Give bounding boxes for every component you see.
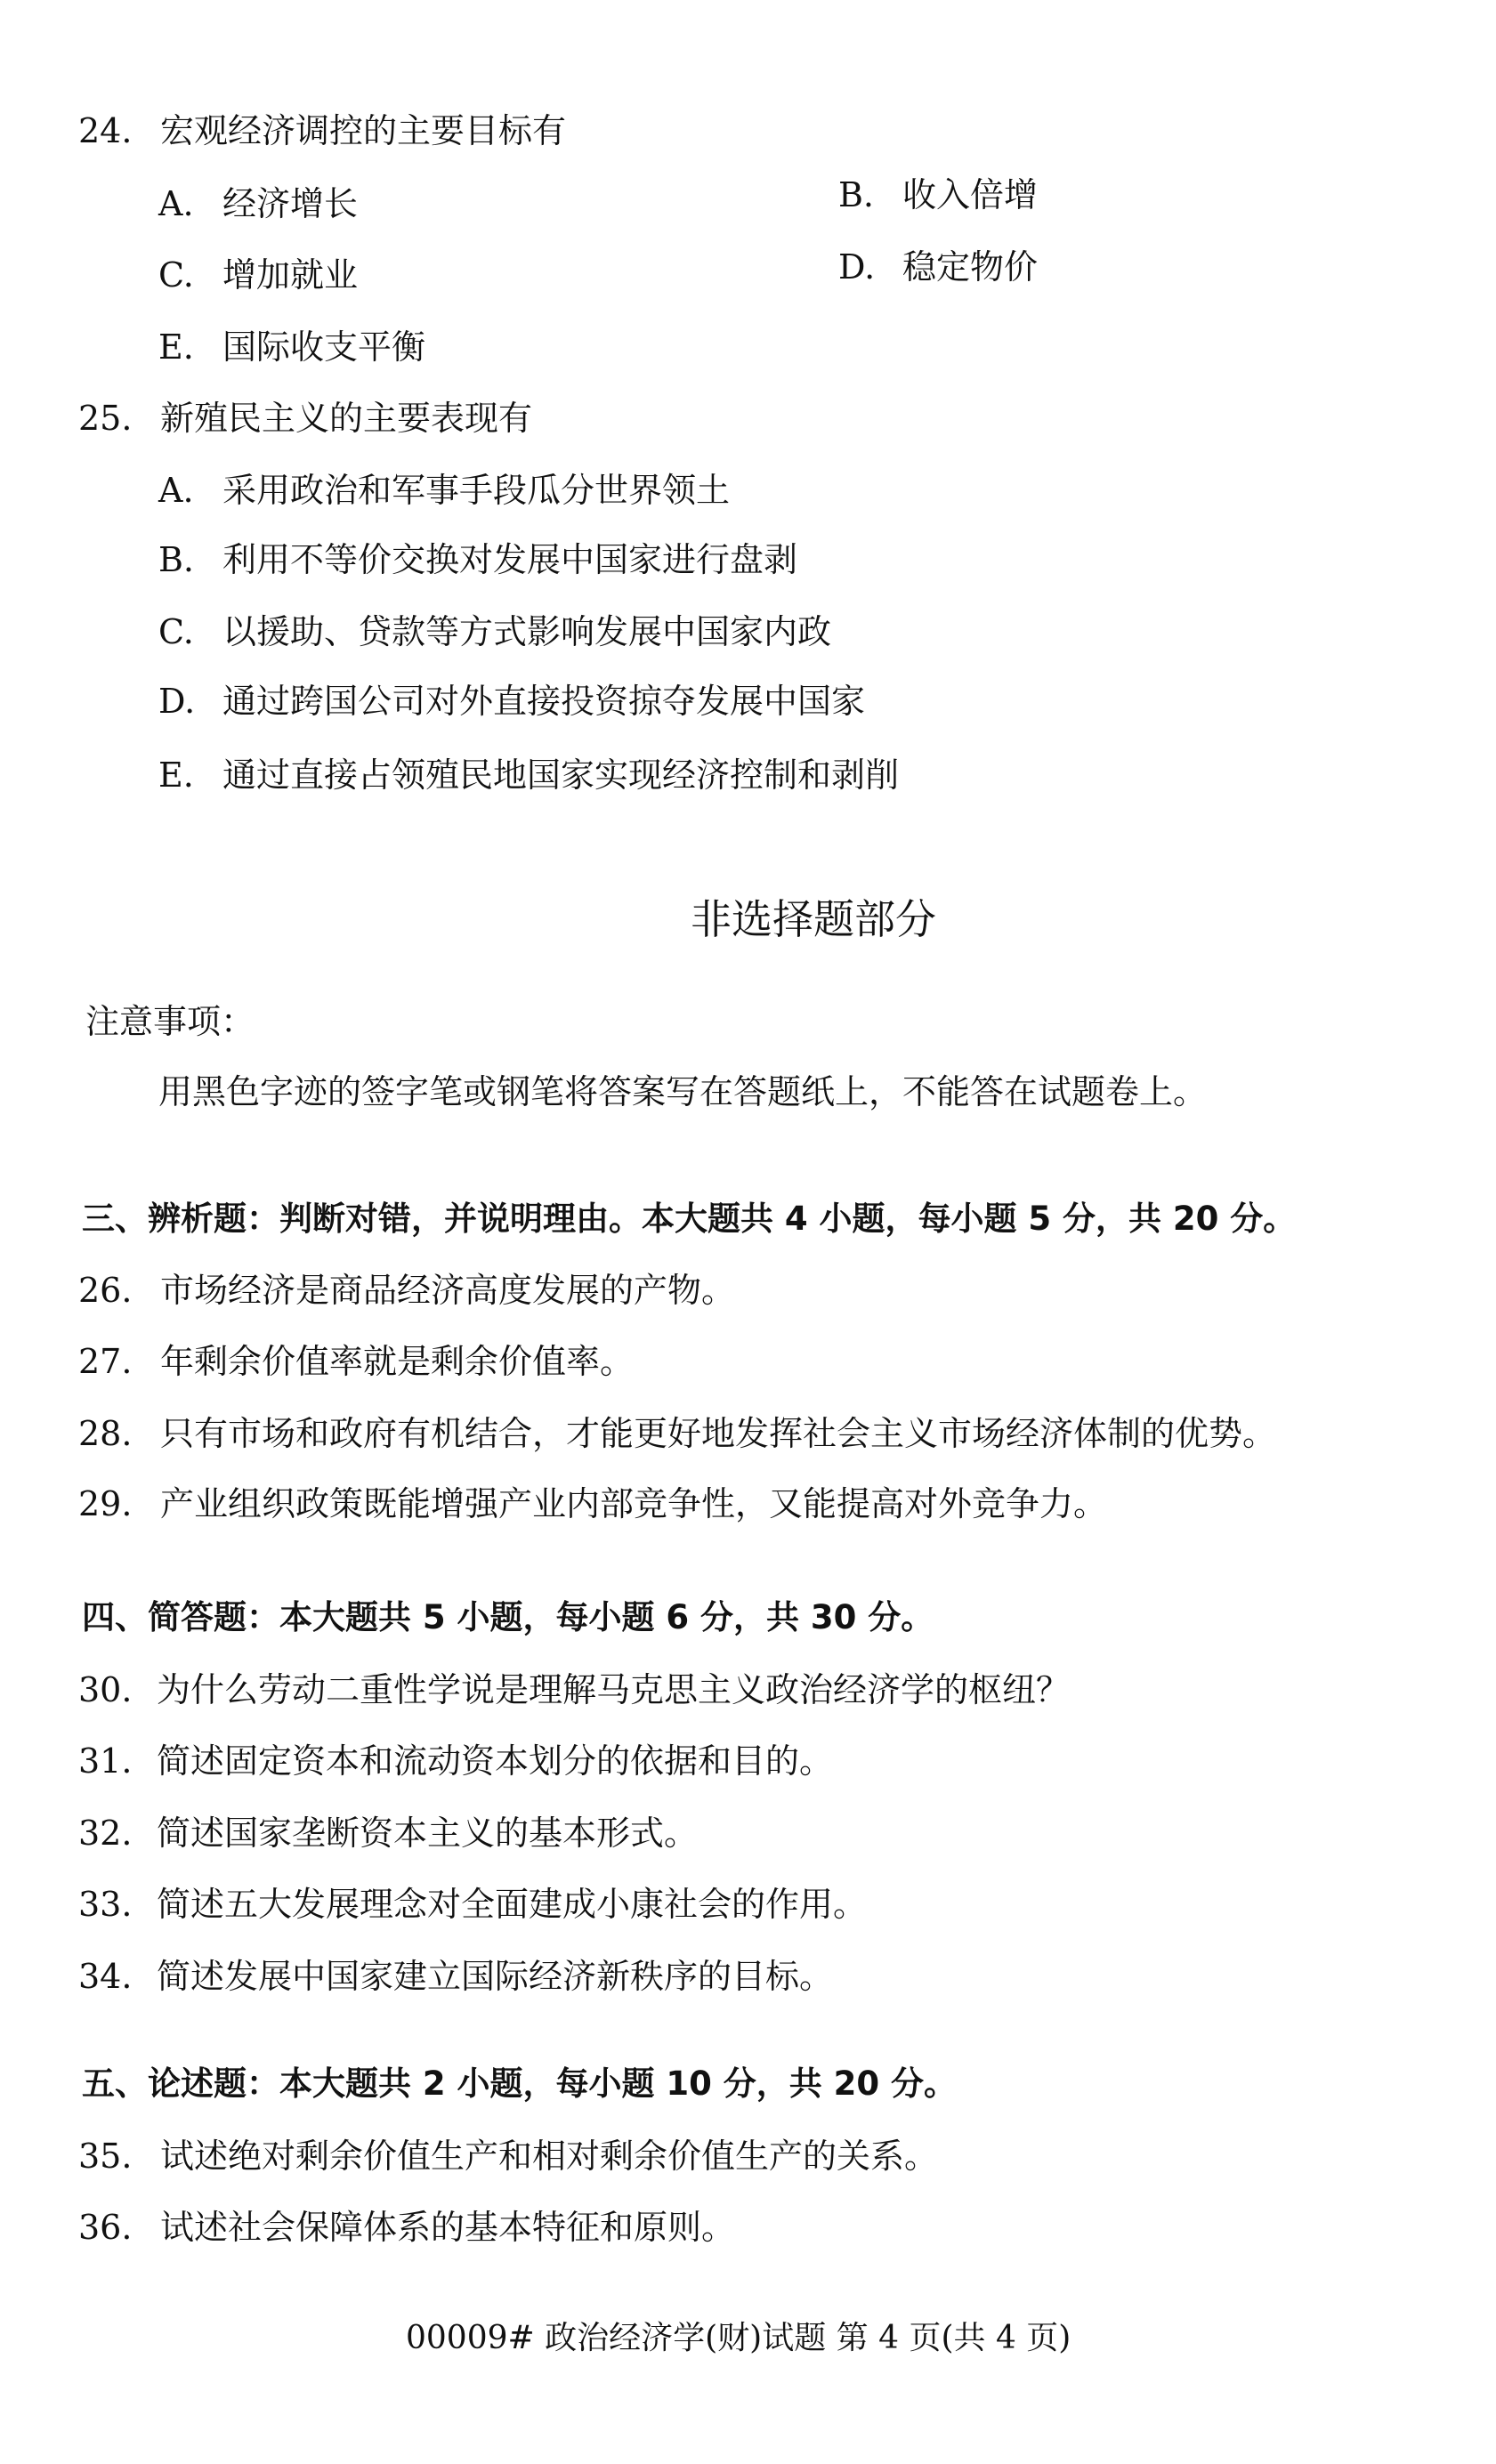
option-text: 利用不等价交换对发展中国家进行盘剥 [222, 540, 797, 579]
option-letter: C. [158, 254, 222, 296]
question-number: 25. [78, 397, 160, 440]
notice-text: 用黑色字迹的签字笔或钢笔将答案写在答题纸上，不能答在试题卷上。 [158, 1070, 1207, 1113]
option-text: 收入倍增 [902, 175, 1038, 214]
option-letter: D. [158, 680, 222, 723]
question-number: 24. [78, 109, 160, 152]
question-25-stem: 25.新殖民主义的主要表现有 [78, 397, 532, 440]
question-text: 为什么劳动二重性学说是理解马克思主义政治经济学的枢纽？ [157, 1670, 1070, 1709]
question-number: 27. [78, 1340, 160, 1383]
question-36: 36.试述社会保障体系的基本特征和原则。 [78, 2206, 735, 2249]
question-28: 28.只有市场和政府有机结合，才能更好地发挥社会主义市场经济体制的优势。 [78, 1412, 1276, 1455]
question-24-option-c: C.增加就业 [158, 254, 358, 296]
question-number: 26. [78, 1269, 160, 1312]
question-number: 34. [78, 1955, 157, 1998]
question-text: 简述国家垄断资本主义的基本形式。 [157, 1814, 698, 1853]
question-text: 年剩余价值率就是剩余价值率。 [160, 1342, 634, 1381]
option-text: 经济增长 [222, 184, 358, 223]
question-24-stem: 24.宏观经济调控的主要目标有 [78, 109, 566, 152]
part-title: 非选择题部分 [691, 898, 936, 941]
option-letter: A. [158, 469, 222, 512]
option-text: 通过直接占领殖民地国家实现经济控制和剥削 [222, 755, 899, 795]
question-26: 26.市场经济是商品经济高度发展的产物。 [78, 1269, 735, 1312]
section-heading-essay: 五、论述题：本大题共 2 小题，每小题 10 分，共 20 分。 [82, 2063, 957, 2105]
question-number: 32. [78, 1812, 157, 1854]
question-32: 32.简述国家垄断资本主义的基本形式。 [78, 1812, 698, 1854]
question-24-option-a: A.经济增长 [158, 182, 358, 225]
option-text: 增加就业 [222, 255, 358, 295]
option-text: 以援助、贷款等方式影响发展中国家内政 [222, 612, 831, 651]
question-25-option-e: E.通过直接占领殖民地国家实现经济控制和剥削 [158, 754, 899, 796]
question-25-option-b: B.利用不等价交换对发展中国家进行盘剥 [158, 538, 797, 581]
question-text: 简述发展中国家建立国际经济新秩序的目标。 [157, 1957, 833, 1996]
question-29: 29.产业组织政策既能增强产业内部竞争性，又能提高对外竞争力。 [78, 1482, 1107, 1525]
option-letter: C. [158, 610, 222, 653]
question-33: 33.简述五大发展理念对全面建成小康社会的作用。 [78, 1883, 867, 1926]
question-text: 简述固定资本和流动资本划分的依据和目的。 [157, 1741, 833, 1781]
question-number: 30. [78, 1668, 157, 1711]
question-number: 35. [78, 2135, 160, 2177]
question-24-option-d: D.稳定物价 [838, 246, 1038, 288]
option-letter: B. [158, 538, 222, 581]
question-text: 试述社会保障体系的基本特征和原则。 [160, 2208, 735, 2247]
question-text: 产业组织政策既能增强产业内部竞争性，又能提高对外竞争力。 [160, 1484, 1107, 1523]
question-31: 31.简述固定资本和流动资本划分的依据和目的。 [78, 1740, 833, 1782]
question-text: 只有市场和政府有机结合，才能更好地发挥社会主义市场经济体制的优势。 [160, 1414, 1276, 1453]
question-text: 试述绝对剩余价值生产和相对剩余价值生产的关系。 [160, 2137, 938, 2176]
section-heading-short-answer: 四、简答题：本大题共 5 小题，每小题 6 分，共 30 分。 [82, 1596, 934, 1639]
question-text: 市场经济是商品经济高度发展的产物。 [160, 1271, 735, 1310]
question-number: 29. [78, 1482, 160, 1525]
option-letter: E. [158, 754, 222, 796]
question-35: 35.试述绝对剩余价值生产和相对剩余价值生产的关系。 [78, 2135, 938, 2177]
question-30: 30.为什么劳动二重性学说是理解马克思主义政治经济学的枢纽？ [78, 1668, 1070, 1711]
question-25-option-a: A.采用政治和军事手段瓜分世界领土 [158, 469, 730, 512]
question-number: 31. [78, 1740, 157, 1782]
section-heading-discrimination: 三、辨析题：判断对错，并说明理由。本大题共 4 小题，每小题 5 分，共 20 … [82, 1198, 1296, 1240]
question-text: 新殖民主义的主要表现有 [160, 399, 532, 438]
option-letter: B. [838, 174, 902, 216]
question-number: 36. [78, 2206, 160, 2249]
option-letter: D. [838, 246, 902, 288]
option-text: 采用政治和军事手段瓜分世界领土 [222, 471, 730, 510]
page-footer: 00009# 政治经济学(财)试题 第 4 页(共 4 页) [406, 2317, 1071, 2360]
question-number: 28. [78, 1412, 160, 1455]
question-text: 简述五大发展理念对全面建成小康社会的作用。 [157, 1885, 867, 1924]
option-text: 国际收支平衡 [222, 327, 425, 367]
option-letter: E. [158, 326, 222, 368]
option-letter: A. [158, 182, 222, 225]
question-text: 宏观经济调控的主要目标有 [160, 111, 566, 150]
question-27: 27.年剩余价值率就是剩余价值率。 [78, 1340, 634, 1383]
question-25-option-c: C.以援助、贷款等方式影响发展中国家内政 [158, 610, 831, 653]
question-24-option-b: B.收入倍增 [838, 174, 1038, 216]
option-text: 通过跨国公司对外直接投资掠夺发展中国家 [222, 682, 865, 721]
question-24-option-e: E.国际收支平衡 [158, 326, 425, 368]
question-25-option-d: D.通过跨国公司对外直接投资掠夺发展中国家 [158, 680, 865, 723]
notice-label: 注意事项： [85, 1000, 255, 1043]
question-34: 34.简述发展中国家建立国际经济新秩序的目标。 [78, 1955, 833, 1998]
question-number: 33. [78, 1883, 157, 1926]
option-text: 稳定物价 [902, 247, 1038, 287]
